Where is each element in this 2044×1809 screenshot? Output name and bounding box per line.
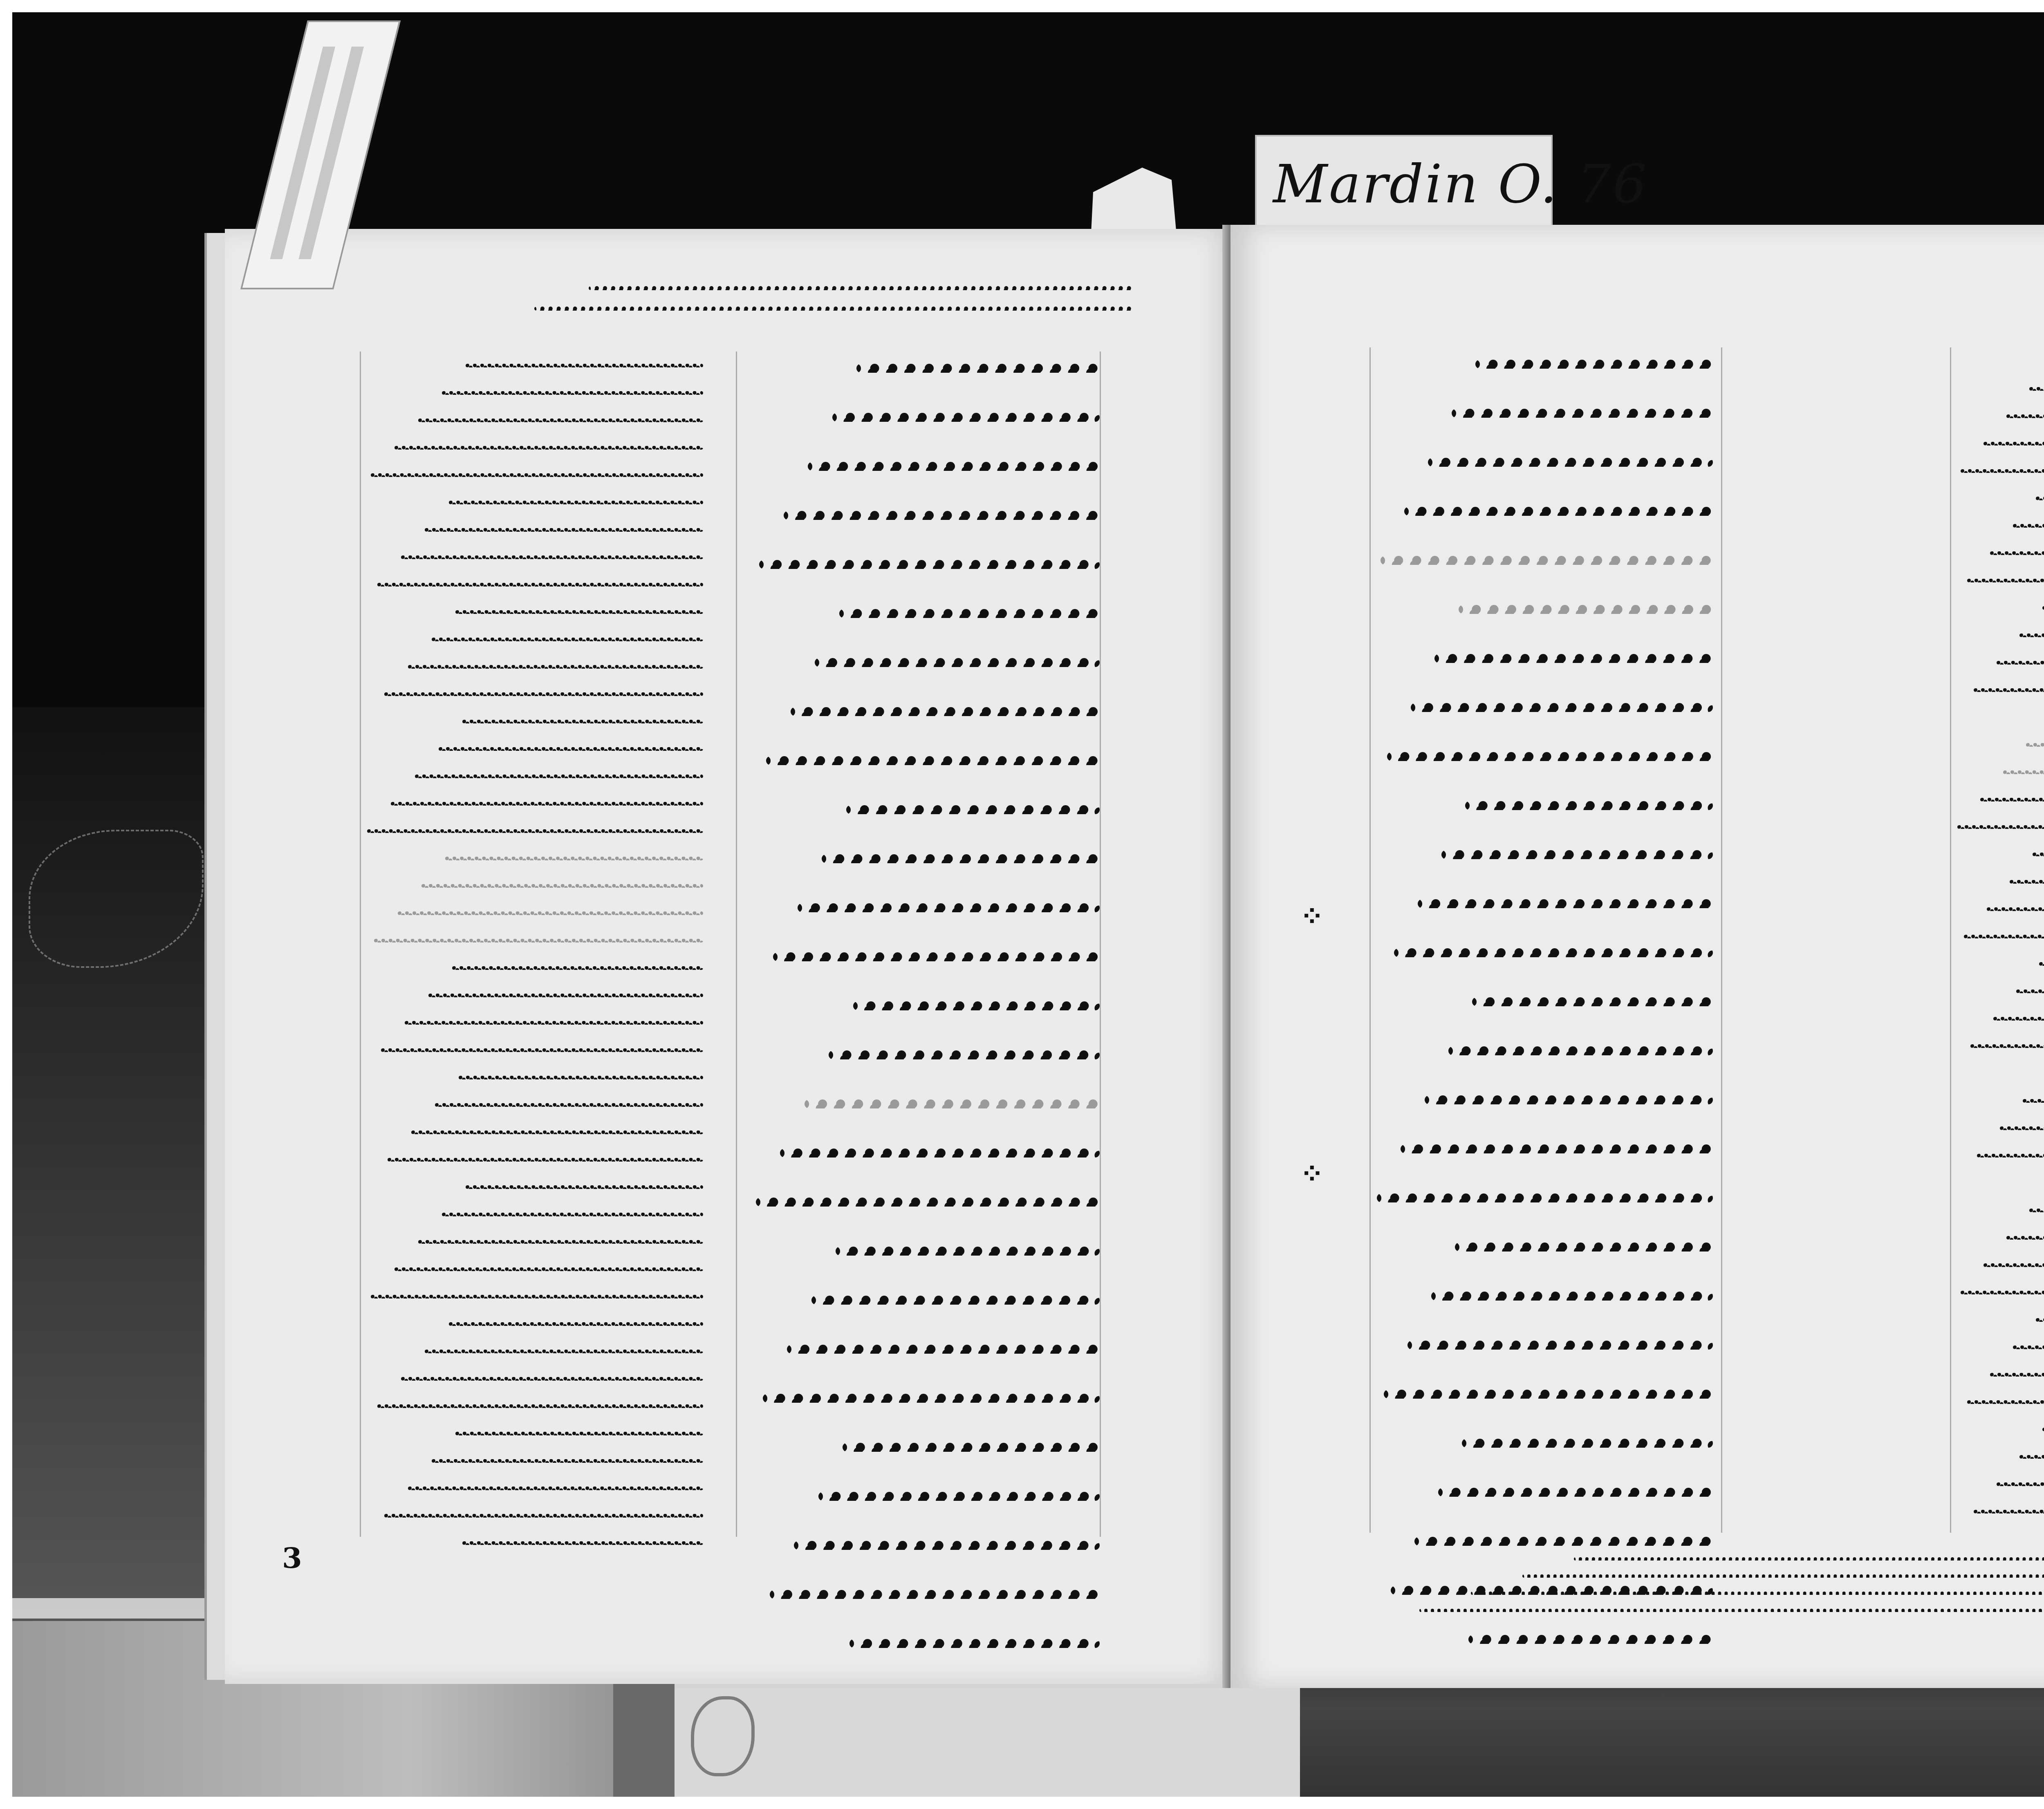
script-line: [435, 1103, 703, 1107]
script-line: [1438, 1488, 1713, 1497]
shelfmark-text: Mardin O. 76: [1273, 153, 1648, 215]
script-line: [2019, 1455, 2044, 1459]
script-line: [1459, 605, 1713, 614]
script-line: [428, 994, 703, 997]
script-line: [1967, 579, 2044, 582]
script-line: [401, 555, 703, 559]
script-line: [1419, 1609, 2044, 1612]
script-line: [853, 1001, 1100, 1010]
script-line: [822, 854, 1100, 863]
script-line: [839, 609, 1100, 618]
script-line: [1411, 703, 1713, 712]
script-line: [455, 1432, 703, 1435]
script-line: [2019, 634, 2044, 637]
script-line: [2036, 497, 2044, 500]
script-line: [1974, 1510, 2044, 1513]
script-line: [384, 1514, 703, 1518]
script-line: [1961, 469, 2044, 473]
script-line: [1980, 798, 2044, 802]
script-line: [1387, 752, 1713, 761]
script-line: [425, 528, 703, 532]
script-line: [534, 307, 1132, 311]
script-line: [2006, 414, 2044, 418]
script-line: [843, 1443, 1100, 1452]
script-line: [836, 1247, 1100, 1256]
script-line: [1425, 1095, 1713, 1104]
script-line: [1987, 907, 2044, 911]
folio-mark: 3: [282, 1541, 302, 1575]
ruling-line: [1369, 347, 1371, 1533]
script-line: [1394, 948, 1713, 957]
script-line: [1377, 1193, 1713, 1202]
script-line: [394, 446, 703, 450]
script-line: [2029, 1209, 2044, 1212]
script-line: [411, 1131, 703, 1134]
script-line: [1428, 458, 1713, 467]
margin-dots: ⁘: [1300, 1157, 1324, 1191]
script-line: [2039, 962, 2044, 966]
script-line: [1401, 1144, 1713, 1153]
script-line: [1997, 1482, 2044, 1486]
script-line: [2016, 990, 2044, 993]
script-line: [455, 610, 703, 614]
script-line: [405, 1021, 703, 1025]
script-line: [1418, 899, 1713, 908]
script-line: [1522, 1574, 2044, 1578]
ruling-line: [1950, 347, 1951, 1533]
script-line: [1462, 1439, 1713, 1448]
script-line: [391, 802, 703, 806]
left-page-outer-column: [364, 364, 703, 1569]
script-line: [1381, 556, 1713, 565]
script-line: [1407, 1341, 1713, 1350]
script-line: [794, 1541, 1100, 1550]
script-line: [466, 364, 703, 367]
script-line: [439, 747, 703, 751]
script-line: [2029, 387, 2044, 391]
ruling-line: [360, 352, 361, 1537]
script-line: [398, 911, 703, 915]
script-line: [459, 1076, 703, 1079]
script-line: [1574, 1557, 2044, 1560]
script-line: [2013, 524, 2044, 528]
script-line: [1468, 1635, 1713, 1644]
script-line: [449, 501, 704, 504]
script-line: [1404, 507, 1713, 516]
script-line: [589, 286, 1132, 290]
photo-frame: Mardin O. 76 2/3/4 3 ⁘ ⁘ ⁘: [12, 12, 2044, 1797]
stamp-mark: [691, 1696, 755, 1776]
script-line: [811, 1296, 1100, 1305]
script-line: [1997, 661, 2044, 665]
script-line: [452, 966, 703, 970]
left-page: 3: [225, 229, 1230, 1684]
script-line: [449, 1322, 704, 1326]
script-line: [371, 1295, 703, 1299]
script-line: [856, 364, 1100, 373]
script-line: [2023, 1099, 2044, 1103]
script-line: [401, 1377, 703, 1381]
script-line: [846, 805, 1100, 814]
script-line: [1434, 654, 1713, 663]
right-page-inner-column: [1374, 360, 1713, 1684]
margin-dots: ⁘: [1300, 899, 1324, 933]
script-line: [462, 1541, 703, 1545]
script-line: [2033, 853, 2044, 856]
script-line: [442, 1213, 703, 1216]
script-line: [1983, 1263, 2044, 1267]
script-line: [787, 1345, 1100, 1354]
script-line: [1961, 1291, 2044, 1294]
script-line: [1441, 850, 1713, 859]
script-line: [462, 720, 703, 723]
ruling-line: [1100, 352, 1101, 1537]
script-line: [1977, 1154, 2044, 1157]
script-line: [2042, 606, 2044, 610]
right-page-outer-column: [1954, 360, 2044, 1565]
script-line: [1964, 935, 2044, 938]
script-line: [1967, 1400, 2044, 1404]
script-line: [418, 419, 703, 422]
script-line: [815, 658, 1100, 667]
script-line: [770, 1590, 1100, 1599]
script-line: [2000, 1126, 2044, 1130]
script-line: [371, 473, 703, 477]
script-line: [442, 391, 703, 395]
script-line: [1472, 997, 1713, 1006]
script-line: [829, 1050, 1100, 1059]
script-line: [432, 638, 703, 641]
script-line: [2003, 770, 2044, 774]
script-line: [1475, 360, 1713, 369]
script-line: [374, 939, 703, 943]
script-line: [1970, 1044, 2044, 1048]
script-line: [1455, 1243, 1713, 1252]
script-line: [466, 1185, 703, 1189]
script-line: [1983, 442, 2044, 446]
script-line: [808, 462, 1100, 471]
script-line: [763, 1394, 1100, 1403]
script-line: [425, 1350, 703, 1353]
script-line: [1384, 1390, 1713, 1399]
script-line: [756, 1198, 1100, 1207]
script-line: [766, 756, 1100, 765]
right-page-footer-text: [1353, 1557, 2044, 1626]
script-line: [1990, 1373, 2044, 1377]
script-line: [1452, 409, 1713, 418]
script-line: [784, 511, 1100, 520]
open-manuscript: 3 ⁘ ⁘ ⁘: [225, 225, 2044, 1688]
left-page-inner-column: [752, 364, 1100, 1688]
script-line: [377, 583, 703, 587]
ruling-line: [1721, 347, 1722, 1533]
script-line: [408, 1487, 703, 1490]
script-line: [1974, 688, 2044, 692]
right-page: ⁘ ⁘ ⁘: [1230, 225, 2044, 1688]
script-line: [394, 1267, 703, 1271]
left-page-header-text: [356, 286, 1132, 327]
script-line: [791, 707, 1100, 716]
script-line: [2006, 1236, 2044, 1240]
script-line: [1957, 825, 2044, 829]
script-line: [780, 1149, 1100, 1157]
script-line: [421, 884, 703, 888]
script-line: [2010, 880, 2044, 884]
script-line: [759, 560, 1100, 569]
script-line: [1471, 1592, 2044, 1595]
script-line: [418, 1240, 703, 1244]
script-line: [445, 857, 703, 860]
script-line: [773, 952, 1100, 961]
script-line: [1465, 801, 1713, 810]
script-line: [1990, 551, 2044, 555]
script-line: [832, 413, 1100, 422]
script-line: [2042, 1428, 2044, 1431]
ruling-line: [736, 352, 737, 1537]
script-line: [432, 1459, 703, 1463]
script-line: [849, 1639, 1100, 1648]
script-line: [381, 1048, 704, 1052]
script-line: [2013, 1346, 2044, 1349]
script-line: [367, 829, 703, 833]
script-line: [2036, 1318, 2044, 1322]
script-line: [1431, 1292, 1713, 1301]
stamp-area: [675, 1688, 1300, 1797]
script-line: [408, 665, 703, 669]
script-line: [818, 1492, 1100, 1501]
script-line: [2026, 743, 2044, 747]
script-line: [388, 1158, 703, 1162]
script-line: [415, 775, 704, 778]
script-line: [1448, 1046, 1713, 1055]
script-line: [798, 903, 1100, 912]
script-line: [805, 1099, 1100, 1108]
script-line: [384, 692, 703, 696]
script-line: [1414, 1537, 1713, 1546]
script-line: [377, 1404, 703, 1408]
script-line: [1993, 1017, 2044, 1021]
